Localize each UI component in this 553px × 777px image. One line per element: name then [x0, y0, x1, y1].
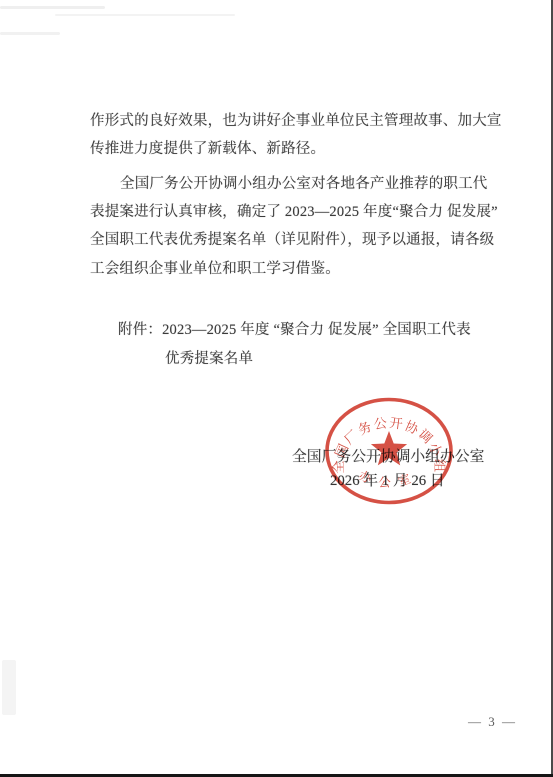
body-paragraph2-line1: 全国厂务公开协调小组办公室对各地各产业推荐的职工代	[120, 172, 488, 193]
attachment-line2: 优秀提案名单	[165, 347, 253, 368]
scanned-document-page: 作形式的良好效果，也为讲好企事业单位民主管理故事、加大宣 传推进力度提供了新载体…	[0, 0, 553, 777]
body-paragraph1-line1: 作形式的良好效果，也为讲好企事业单位民主管理故事、加大宣	[90, 109, 502, 130]
attachment-line1: 附件：2023—2025 年度 “聚合力 促发展” 全国职工代表	[118, 318, 471, 339]
body-paragraph2-line4: 工会组织企事业单位和职工学习借鉴。	[90, 257, 340, 278]
body-paragraph1-line2: 传推进力度提供了新载体、新路径。	[90, 137, 325, 158]
signature-organization: 全国厂务公开协调小组办公室	[292, 445, 484, 466]
scan-artifact	[55, 14, 235, 16]
signature-date: 2026 年 1 月 26 日	[330, 469, 445, 490]
scan-artifact	[2, 660, 16, 715]
page-number: — 3 —	[468, 714, 517, 730]
scan-artifact	[0, 32, 60, 35]
scan-artifact	[0, 6, 105, 9]
body-paragraph2-line2: 表提案进行认真审核，确定了 2023—2025 年度“聚合力 促发展”	[90, 200, 498, 221]
body-paragraph2-line3: 全国职工代表优秀提案名单（详见附件），现予以通报，请各级	[90, 228, 494, 249]
